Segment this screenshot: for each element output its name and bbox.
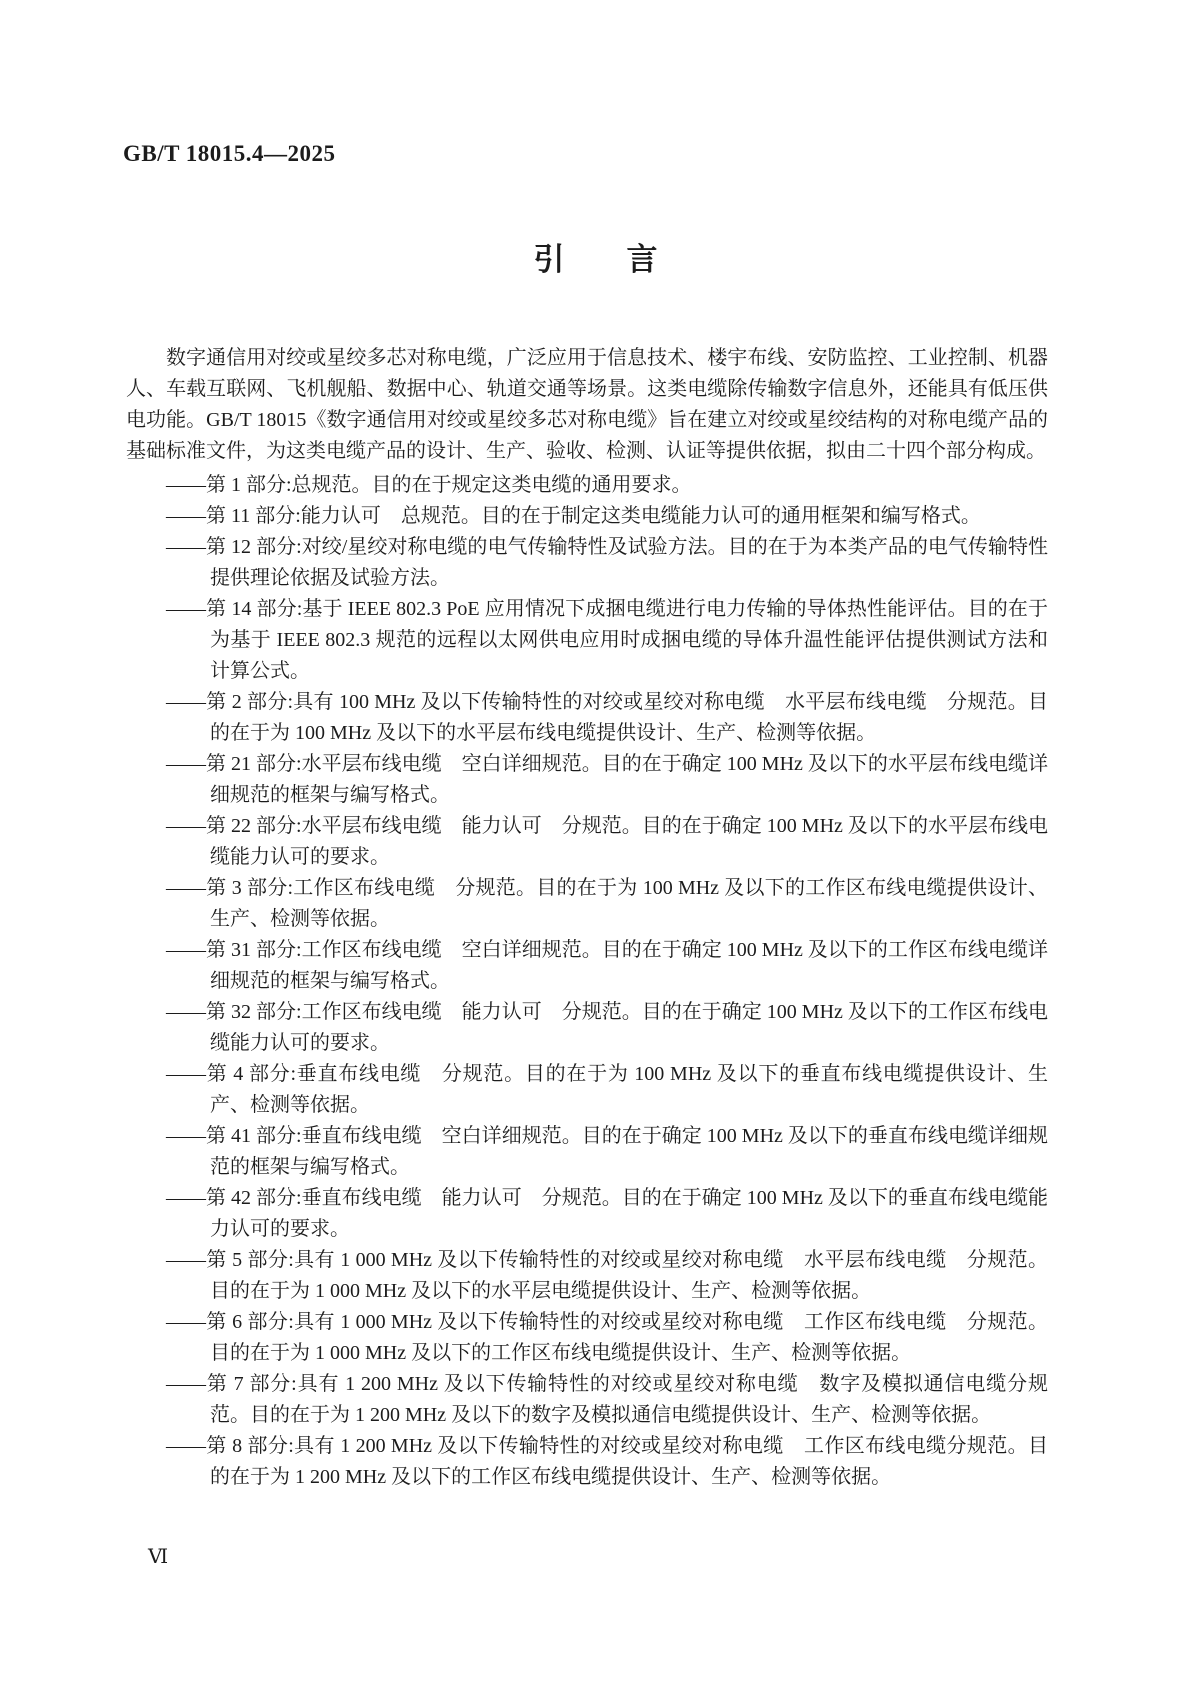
part-item: ——第 1 部分:总规范。目的在于规定这类电缆的通用要求。 — [126, 470, 1048, 501]
part-item: ——第 11 部分:能力认可 总规范。目的在于制定这类电缆能力认可的通用框架和编… — [126, 501, 1048, 532]
intro-paragraph: 数字通信用对绞或星绞多芯对称电缆，广泛应用于信息技术、楼宇布线、安防监控、工业控… — [126, 343, 1048, 467]
part-item: ——第 6 部分:具有 1 000 MHz 及以下传输特性的对绞或星绞对称电缆 … — [126, 1307, 1048, 1369]
part-item: ——第 8 部分:具有 1 200 MHz 及以下传输特性的对绞或星绞对称电缆 … — [126, 1431, 1048, 1493]
part-item: ——第 2 部分:具有 100 MHz 及以下传输特性的对绞或星绞对称电缆 水平… — [126, 687, 1048, 749]
parts-list: ——第 1 部分:总规范。目的在于规定这类电缆的通用要求。 ——第 11 部分:… — [126, 470, 1048, 1493]
part-item: ——第 3 部分:工作区布线电缆 分规范。目的在于为 100 MHz 及以下的工… — [126, 873, 1048, 935]
part-item: ——第 12 部分:对绞/星绞对称电缆的电气传输特性及试验方法。目的在于为本类产… — [126, 532, 1048, 594]
section-title: 引 言 — [0, 244, 1191, 277]
part-item: ——第 42 部分:垂直布线电缆 能力认可 分规范。目的在于确定 100 MHz… — [126, 1183, 1048, 1245]
part-item: ——第 41 部分:垂直布线电缆 空白详细规范。目的在于确定 100 MHz 及… — [126, 1121, 1048, 1183]
part-item: ——第 22 部分:水平层布线电缆 能力认可 分规范。目的在于确定 100 MH… — [126, 811, 1048, 873]
part-item: ——第 5 部分:具有 1 000 MHz 及以下传输特性的对绞或星绞对称电缆 … — [126, 1245, 1048, 1307]
document-body: 数字通信用对绞或星绞多芯对称电缆，广泛应用于信息技术、楼宇布线、安防监控、工业控… — [126, 343, 1048, 1493]
part-item: ——第 7 部分:具有 1 200 MHz 及以下传输特性的对绞或星绞对称电缆 … — [126, 1369, 1048, 1431]
part-item: ——第 4 部分:垂直布线电缆 分规范。目的在于为 100 MHz 及以下的垂直… — [126, 1059, 1048, 1121]
part-item: ——第 32 部分:工作区布线电缆 能力认可 分规范。目的在于确定 100 MH… — [126, 997, 1048, 1059]
document-page: GB/T 18015.4—2025 引 言 数字通信用对绞或星绞多芯对称电缆，广… — [0, 0, 1191, 1685]
part-item: ——第 31 部分:工作区布线电缆 空白详细规范。目的在于确定 100 MHz … — [126, 935, 1048, 997]
part-item: ——第 14 部分:基于 IEEE 802.3 PoE 应用情况下成捆电缆进行电… — [126, 594, 1048, 687]
page-number: Ⅵ — [148, 1545, 168, 1569]
part-item: ——第 21 部分:水平层布线电缆 空白详细规范。目的在于确定 100 MHz … — [126, 749, 1048, 811]
standard-code: GB/T 18015.4—2025 — [123, 141, 336, 167]
